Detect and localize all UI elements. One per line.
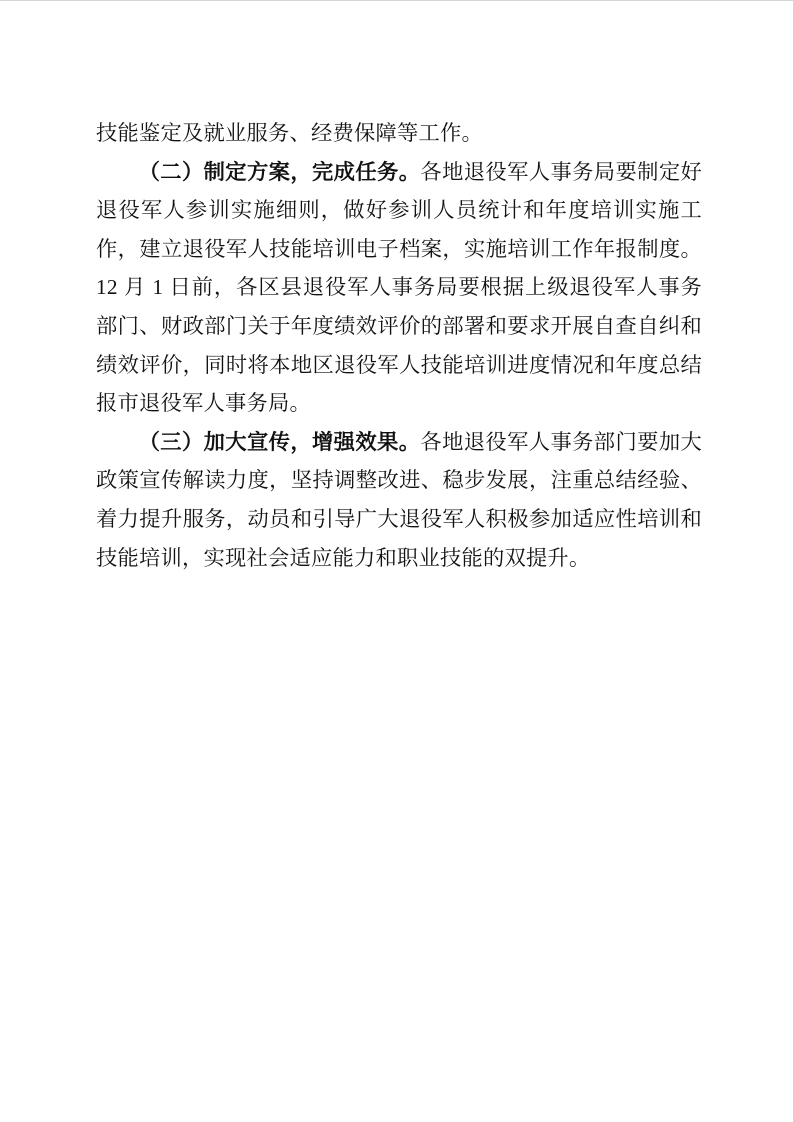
paragraph-text: 技能鉴定及就业服务、经费保障等工作。 bbox=[96, 121, 483, 145]
document-page: 技能鉴定及就业服务、经费保障等工作。 （二）制定方案，完成任务。各地退役军人事务… bbox=[0, 0, 793, 1122]
section-heading-3: （三）加大宣传，增强效果。 bbox=[139, 430, 421, 454]
paragraph-text: 各地退役军人事务局要制定好退役军人参训实施细则，做好参训人员统计和年度培训实施工… bbox=[96, 160, 702, 416]
paragraph-section-2: （二）制定方案，完成任务。各地退役军人事务局要制定好退役军人参训实施细则，做好参… bbox=[96, 153, 702, 423]
paragraph-section-3: （三）加大宣传，增强效果。各地退役军人事务部门要加大政策宣传解读力度，坚持调整改… bbox=[96, 423, 702, 577]
document-body: 技能鉴定及就业服务、经费保障等工作。 （二）制定方案，完成任务。各地退役军人事务… bbox=[96, 114, 702, 577]
paragraph-continuation: 技能鉴定及就业服务、经费保障等工作。 bbox=[96, 114, 702, 153]
section-heading-2: （二）制定方案，完成任务。 bbox=[139, 160, 421, 184]
